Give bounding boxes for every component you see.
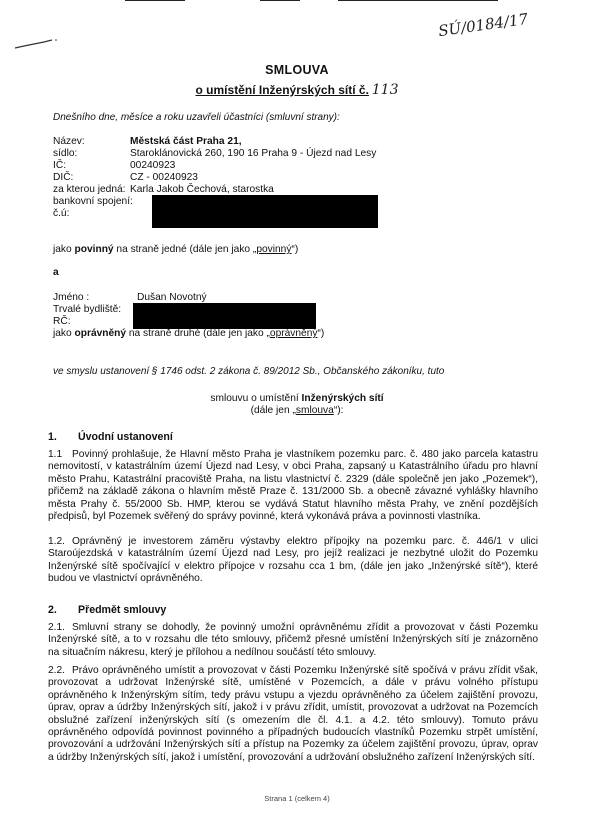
paragraph-text: Právo oprávněného umístit a provozovat v… [48, 665, 538, 763]
handwritten-reference: SÚ/0184/17 [437, 10, 529, 40]
contract-short: smlouva [296, 405, 334, 416]
section-number: 2. [48, 604, 78, 616]
role-suffix: na straně jedné (dále jen jako „ [114, 244, 257, 255]
party1-value-ico: 00240923 [130, 160, 175, 171]
section-1-heading: 1.Úvodní ustanovení [48, 431, 173, 443]
role-prefix: jako [53, 328, 75, 339]
document-title: SMLOUVA [0, 63, 594, 77]
role-short: povinný [256, 244, 291, 255]
conjunction: a [53, 267, 59, 278]
paragraph-2-2: 2.2.Právo oprávněného umístit a provozov… [48, 665, 538, 764]
role-prefix: jako [53, 244, 75, 255]
scan-artifact [125, 0, 185, 1]
paragraph-number: 2.2. [48, 665, 72, 677]
party1-label-bank: bankovní spojení: [53, 196, 133, 207]
contract-name-line1: smlouvu o umístění Inženýrských sítí [0, 393, 594, 404]
intro-text: Dnešního dne, měsíce a roku uzavřeli úča… [53, 112, 340, 123]
legal-basis: ve smyslu ustanovení § 1746 odst. 2 záko… [53, 366, 444, 377]
party2-label-name: Jméno : [53, 292, 89, 303]
subtitle-text: o umístění Inženýrských sítí č. [196, 83, 369, 97]
role-short: oprávněný [270, 328, 318, 339]
scan-artifact [338, 0, 498, 1]
contract-name-bold: Inženýrských sítí [302, 393, 384, 404]
party1-value-name: Městská část Praha 21, [130, 136, 242, 147]
section-number: 1. [48, 431, 78, 443]
paragraph-text: Oprávněný je investorem záměru výstavby … [48, 536, 538, 584]
paragraph-number: 1.2. [48, 536, 72, 548]
party1-label-dic: DIČ: [53, 172, 73, 183]
paragraph-text: Povinný prohlašuje, že Hlavní město Prah… [48, 449, 538, 522]
section-title: Předmět smlouvy [78, 604, 166, 616]
contract-name-line2: (dále jen „smlouva“): [0, 405, 594, 416]
party1-label-seat: sídlo: [53, 148, 77, 159]
party1-value-dic: CZ - 00240923 [130, 172, 198, 183]
paragraph-text: Smluvní strany se dohodly, že povinný um… [48, 622, 538, 658]
party2-value-name: Dušan Novotný [137, 292, 207, 303]
page-footer: Strana 1 (celkem 4) [0, 794, 594, 803]
redaction-bank-details [152, 195, 378, 228]
document-subtitle: o umístění Inženýrských sítí č. 113 [0, 82, 594, 98]
role-suffix: na straně druhé (dále jen jako „ [126, 328, 270, 339]
party1-label-ico: IČ: [53, 160, 66, 171]
redaction-personal-details [133, 303, 316, 329]
paragraph-number: 1.1 [48, 449, 72, 461]
role-bold: povinný [75, 244, 114, 255]
role-end: “) [291, 244, 298, 255]
paragraph-number: 2.1. [48, 622, 72, 634]
party1-label-account: č.ú: [53, 208, 69, 219]
contract-short-suffix: “): [334, 405, 344, 416]
pen-stroke-mark [14, 38, 58, 50]
party1-value-representative: Karla Jakob Čechová, starostka [130, 184, 274, 195]
party1-role: jako povinný na straně jedné (dále jen j… [53, 244, 298, 255]
paragraph-2-1: 2.1.Smluvní strany se dohodly, že povinn… [48, 622, 538, 659]
role-bold: oprávněný [75, 328, 127, 339]
handwritten-contract-number: 113 [372, 82, 399, 98]
section-title: Úvodní ustanovení [78, 431, 173, 443]
role-end: “) [317, 328, 324, 339]
party1-label-representative: za kterou jedná: [53, 184, 126, 195]
party2-label-residence: Trvalé bydliště: [53, 304, 121, 315]
section-2-heading: 2.Předmět smlouvy [48, 604, 166, 616]
party2-label-birth-number: RČ: [53, 316, 71, 327]
contract-short-prefix: (dále jen „ [251, 405, 296, 416]
party1-value-seat: Staroklánovická 260, 190 16 Praha 9 - Új… [130, 148, 376, 159]
paragraph-1-1: 1.1Povinný prohlašuje, že Hlavní město P… [48, 449, 538, 523]
scan-artifact [260, 0, 300, 1]
contract-name-plain: smlouvu o umístění [210, 393, 301, 404]
party2-role: jako oprávněný na straně druhé (dále jen… [53, 328, 324, 339]
paragraph-1-2: 1.2.Oprávněný je investorem záměru výsta… [48, 536, 538, 586]
party1-label-name: Název: [53, 136, 85, 147]
